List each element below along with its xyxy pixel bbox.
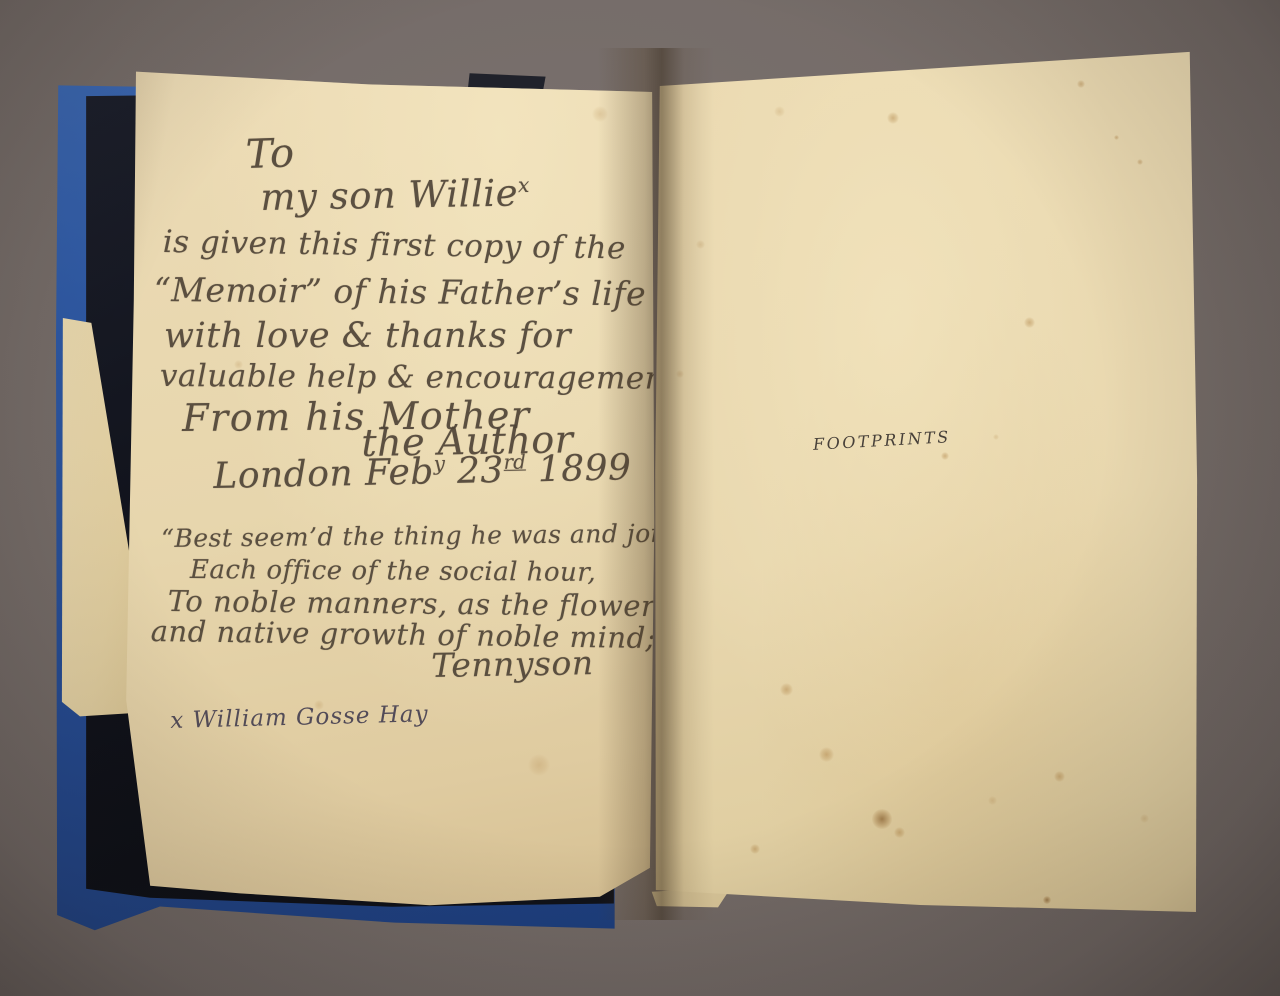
date-year: 1899 <box>525 447 631 490</box>
foxing-spot <box>676 370 684 378</box>
dedicatee-footnote-mark: x <box>518 173 530 197</box>
foxing-spot <box>1077 80 1085 88</box>
foxing-spot <box>1137 159 1143 165</box>
foxing-spot <box>780 683 793 696</box>
quote-line-2: Each office of the social hour, <box>190 555 597 588</box>
foxing-spot <box>1043 896 1051 904</box>
dedicatee-name: my son Willie <box>260 172 518 219</box>
foxing-spot <box>993 434 999 440</box>
foxing-spot <box>1024 317 1035 328</box>
date-day: 23 <box>445 450 505 492</box>
foxing-spot <box>774 106 785 117</box>
foxing-spot <box>988 796 997 805</box>
inscription-line-to: To <box>245 130 295 178</box>
foxing-spot <box>750 844 760 854</box>
photo-backdrop: To my son Williex is given this first co… <box>0 0 1280 996</box>
inscription-line-date: London Feby 23rd 1899 <box>213 447 632 497</box>
foxing-spot <box>941 452 949 460</box>
foxing-spot <box>894 827 905 838</box>
handwritten-inscription: To my son Williex is given this first co… <box>118 64 663 912</box>
foxing-spot <box>1114 135 1119 140</box>
foxing-spot <box>1054 771 1065 782</box>
half-title-text: FOOTPRINTS <box>813 427 952 454</box>
paper-stain <box>234 360 243 369</box>
quote-attribution: Tennyson <box>431 643 594 685</box>
inscription-line-memoir: “Memoir” of his Father’s life <box>154 270 647 313</box>
foxing-spot <box>819 747 834 762</box>
quote-line-4: and native growth of noble mind;” <box>151 614 672 655</box>
date-day-ordinal: rd <box>503 450 526 473</box>
date-city-month: London Feb <box>213 451 434 497</box>
paper-stain <box>528 754 550 776</box>
half-title-page: FOOTPRINTS <box>640 44 1205 919</box>
foxing-spot <box>872 809 892 829</box>
inscription-line-given: is given this first copy of the <box>162 224 626 266</box>
paper-stain <box>314 700 324 710</box>
ownership-annotation: x William Gosse Hay <box>170 701 429 734</box>
foxing-spot <box>887 112 899 124</box>
inscription-page: To my son Williex is given this first co… <box>118 64 663 912</box>
inscription-line-love: with love & thanks for <box>164 316 571 356</box>
foxing-spot <box>1140 814 1149 823</box>
paper-stain <box>592 106 608 122</box>
date-month-superscript: y <box>433 452 445 475</box>
foxing-spot <box>696 240 705 249</box>
quote-line-1: “Best seem’d the thing he was and join’d <box>161 518 701 553</box>
inscription-line-dedicatee: my son Williex <box>260 171 530 219</box>
